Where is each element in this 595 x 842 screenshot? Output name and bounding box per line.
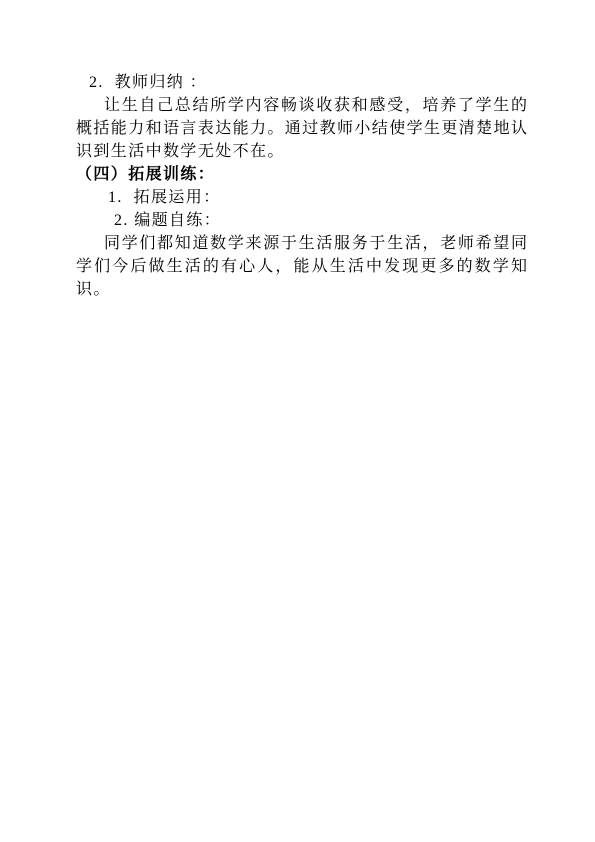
text-line: 学们今后做生活的有心人，能从生活中发现更多的数学知 xyxy=(76,255,528,278)
document-page: 2. 教师归纳 ：让生自己总结所学内容畅谈收获和感受，培养了学生的概括能力和语言… xyxy=(0,0,595,842)
page-content: 2. 教师归纳 ：让生自己总结所学内容畅谈收获和感受，培养了学生的概括能力和语言… xyxy=(76,71,528,301)
text-line: 1. 拓展运用： xyxy=(108,186,528,209)
paragraph-summary-body: 让生自己总结所学内容畅谈收获和感受，培养了学生的概括能力和语言表达能力。通过教师… xyxy=(76,94,528,163)
text-line: 识。 xyxy=(76,278,528,301)
item-self-practice: 2. 编题自练： xyxy=(76,209,528,232)
text-line: 概括能力和语言表达能力。通过教师小结使学生更清楚地认 xyxy=(76,117,528,140)
text-line: 同学们都知道数学来源于生活服务于生活，老师希望同 xyxy=(76,232,528,255)
text-line: 2. 教师归纳 ： xyxy=(89,71,528,94)
text-line: 识到生活中数学无处不在。 xyxy=(76,140,528,163)
paragraph-closing-remarks: 同学们都知道数学来源于生活服务于生活，老师希望同学们今后做生活的有心人，能从生活… xyxy=(76,232,528,301)
text-line: 2. 编题自练： xyxy=(114,209,528,232)
text-line: 让生自己总结所学内容畅谈收获和感受，培养了学生的 xyxy=(76,94,528,117)
item-teacher-summary: 2. 教师归纳 ： xyxy=(76,71,528,94)
text-line: （四）拓展训练： xyxy=(76,163,528,186)
heading-expansion-training: （四）拓展训练： xyxy=(76,163,528,186)
item-expansion-application: 1. 拓展运用： xyxy=(76,186,528,209)
